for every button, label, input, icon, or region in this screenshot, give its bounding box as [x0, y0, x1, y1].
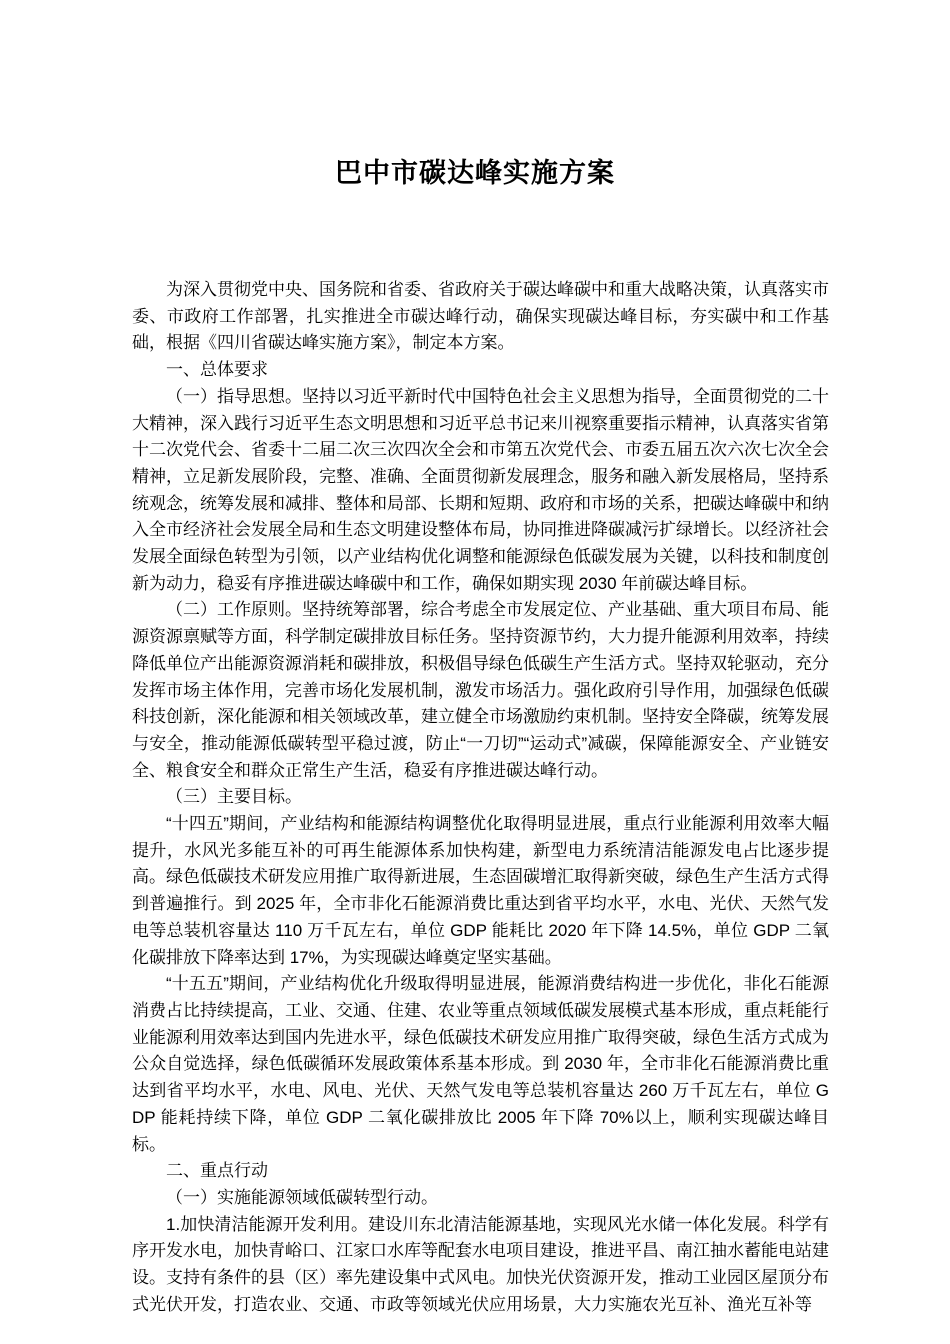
paragraph-clean-energy-development: 1.加快清洁能源开发利用。建设川东北清洁能源基地，实现风光水储一体化发展。科学有…	[132, 1212, 829, 1319]
heading-energy-low-carbon-transition-action: （一）实施能源领域低碳转型行动。	[132, 1185, 829, 1212]
heading-section-2-key-actions: 二、重点行动	[132, 1158, 829, 1185]
paragraph-14th-five-year-plan-goals: “十四五”期间，产业结构和能源结构调整优化取得明显进展，重点行业能源利用效率大幅…	[132, 811, 829, 971]
paragraph-preamble: 为深入贯彻党中央、国务院和省委、省政府关于碳达峰碳中和重大战略决策，认真落实市委…	[132, 277, 829, 357]
document-body: 为深入贯彻党中央、国务院和省委、省政府关于碳达峰碳中和重大战略决策，认真落实市委…	[132, 277, 829, 1318]
heading-section-1-overall-requirements: 一、总体要求	[132, 357, 829, 384]
document-title: 巴中市碳达峰实施方案	[0, 153, 950, 193]
paragraph-guiding-ideology: （一）指导思想。坚持以习近平新时代中国特色社会主义思想为指导，全面贯彻党的二十大…	[132, 384, 829, 598]
paragraph-work-principles: （二）工作原则。坚持统筹部署，综合考虑全市发展定位、产业基础、重大项目布局、能源…	[132, 597, 829, 784]
paragraph-15th-five-year-plan-goals: “十五五”期间，产业结构优化升级取得明显进展，能源消费结构进一步优化，非化石能源…	[132, 971, 829, 1158]
document-page: 巴中市碳达峰实施方案 为深入贯彻党中央、国务院和省委、省政府关于碳达峰碳中和重大…	[0, 0, 950, 1344]
heading-main-goals: （三）主要目标。	[132, 784, 829, 811]
